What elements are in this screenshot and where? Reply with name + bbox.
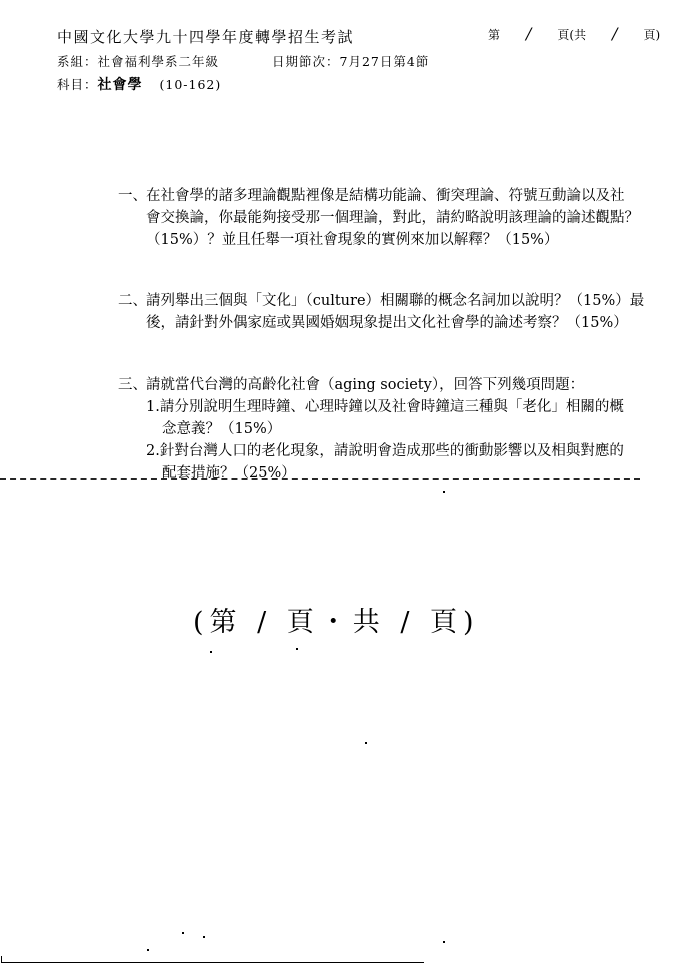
scan-speck — [210, 651, 212, 653]
page-indicator-top: 第/頁(共/頁) — [488, 24, 660, 43]
scan-speck — [147, 949, 149, 951]
sub-question-2-cont: 配套措施？（25%） — [118, 462, 624, 484]
date-value: 7月27日第4節 — [340, 54, 430, 69]
page-suffix: 頁) — [643, 26, 660, 43]
scan-bottom-edge — [2, 962, 424, 963]
question-1: 一、在社會學的諸多理論觀點裡像是結構功能論、衝突理論、符號互動論以及社 會交換論… — [118, 185, 639, 251]
question-number: 一、 — [118, 185, 146, 207]
department-label: 系組： — [57, 54, 98, 69]
department-value: 社會福利學系二年級 — [98, 54, 220, 69]
subject-line: 科目：社會學 (10-162) — [57, 74, 221, 94]
question-line: 三、請就當代台灣的高齡化社會（aging society），回答下列幾項問題： — [118, 374, 624, 396]
exam-title: 中國文化大學九十四學年度轉學招生考試 — [57, 26, 354, 47]
sub-question-1-cont: 念意義？（15%） — [118, 418, 624, 440]
question-text: 在社會學的諸多理論觀點裡像是結構功能論、衝突理論、符號互動論以及社 — [146, 188, 625, 204]
footer-page-indicator: (第 / 頁・共 / 頁) — [193, 600, 480, 639]
question-line: 二、請列舉出三個與「文化」（culture）相關聯的概念名詞加以說明？（15%）… — [118, 290, 644, 312]
date-line: 日期節次：7月27日第4節 — [272, 52, 429, 70]
subject-value: 社會學 — [98, 77, 143, 93]
question-line: 一、在社會學的諸多理論觀點裡像是結構功能論、衝突理論、符號互動論以及社 — [118, 185, 639, 207]
question-line: 後，請針對外偶家庭或異國婚姻現象提出文化社會學的論述考察？（15%） — [118, 312, 644, 334]
sub-question-1: 1.請分別說明生理時鐘、心理時鐘以及社會時鐘這三種與「老化」相關的概 — [118, 396, 624, 418]
subject-label: 科目： — [57, 77, 98, 92]
page-total: / — [612, 24, 617, 43]
department-line: 系組：社會福利學系二年級 — [57, 52, 219, 70]
dotted-separator — [0, 478, 640, 480]
question-text: 請列舉出三個與「文化」（culture）相關聯的概念名詞加以說明？（15%）最 — [146, 293, 644, 309]
scan-speck — [443, 941, 445, 943]
page-current: / — [526, 24, 531, 43]
question-2: 二、請列舉出三個與「文化」（culture）相關聯的概念名詞加以說明？（15%）… — [118, 290, 644, 334]
page-middle: 頁(共 — [557, 26, 586, 43]
date-label: 日期節次： — [272, 54, 340, 69]
page-prefix: 第 — [488, 26, 500, 43]
scan-speck — [443, 491, 445, 493]
sub-question-2: 2.針對台灣人口的老化現象，請說明會造成那些的衝動影響以及相與對應的 — [118, 440, 624, 462]
scan-speck — [296, 648, 298, 650]
question-number: 三、 — [118, 374, 146, 396]
question-text: 請就當代台灣的高齡化社會（aging society），回答下列幾項問題： — [146, 377, 584, 393]
question-line: 會交換論，你最能夠接受那一個理論，對此，請約略說明該理論的論述觀點？ — [118, 207, 639, 229]
scan-speck — [182, 932, 184, 934]
subject-code: (10-162) — [160, 77, 222, 92]
question-number: 二、 — [118, 290, 146, 312]
scan-speck — [203, 936, 205, 938]
question-line: （15%）？並且任舉一項社會現象的實例來加以解釋？（15%） — [118, 229, 639, 251]
question-3: 三、請就當代台灣的高齡化社會（aging society），回答下列幾項問題： … — [118, 374, 624, 484]
scan-speck — [365, 742, 367, 744]
